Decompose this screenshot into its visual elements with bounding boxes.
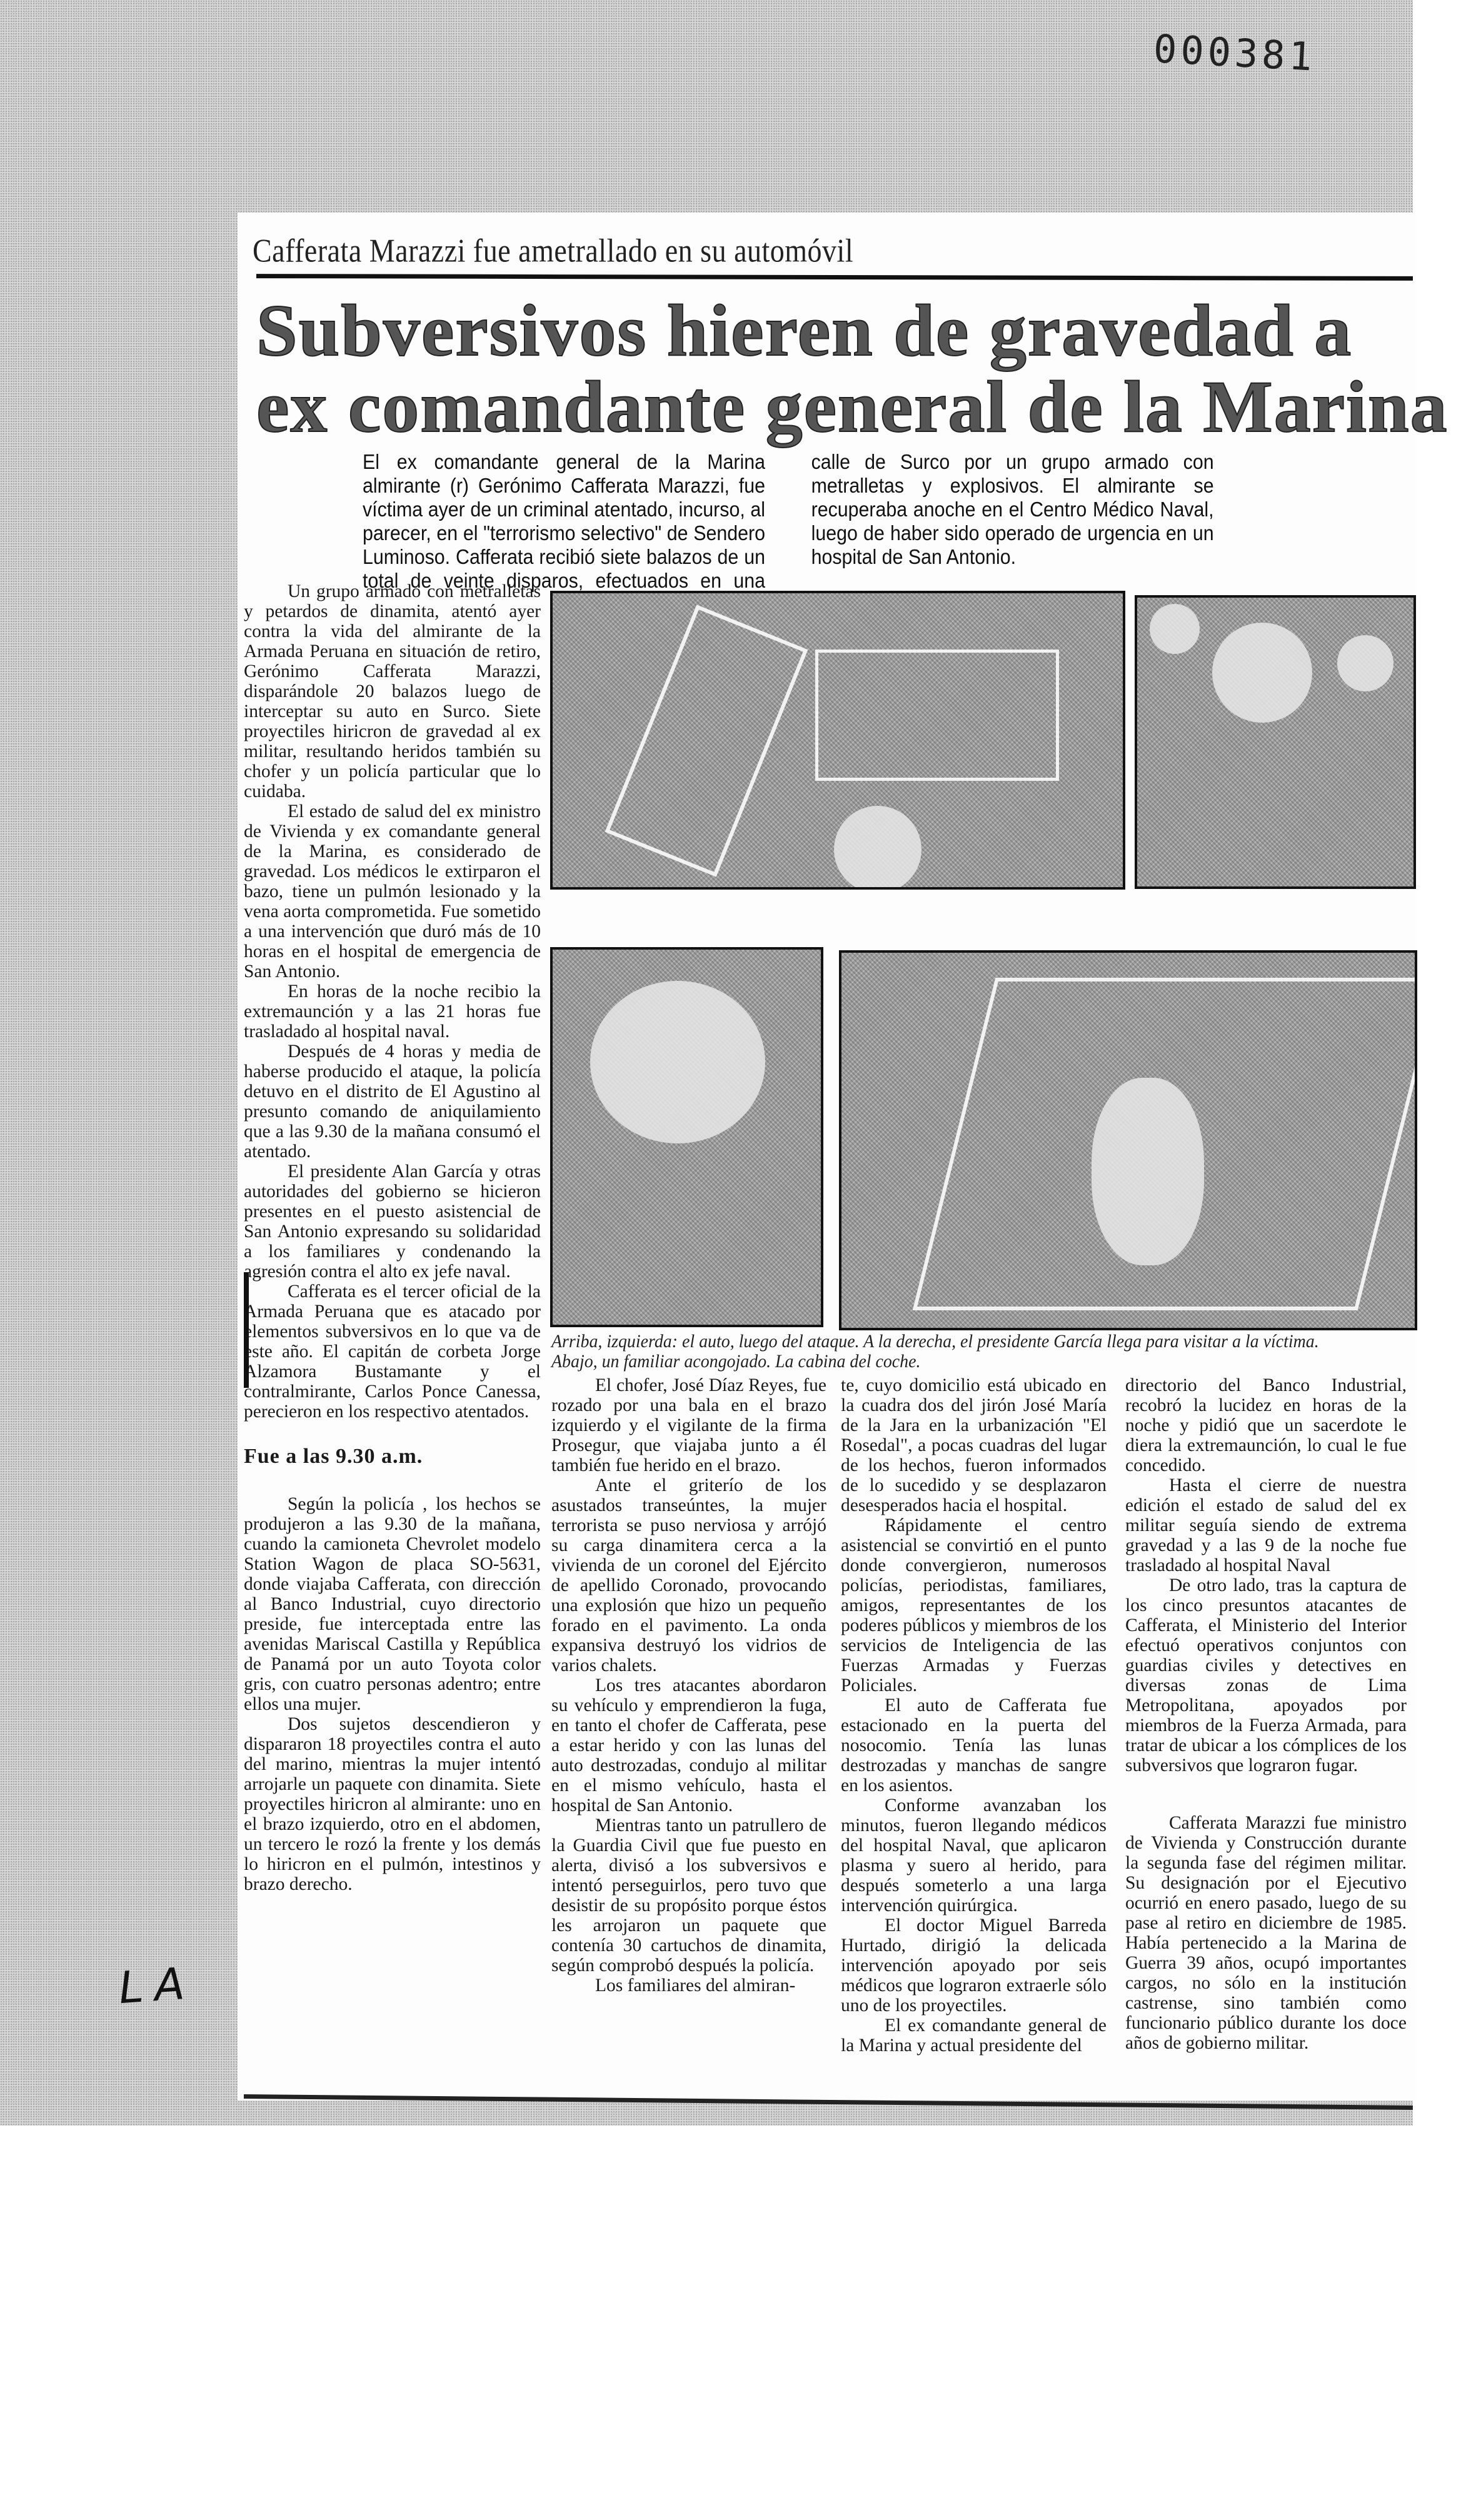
paragraph: El auto de Cafferata fue estacionado en … — [841, 1695, 1107, 1795]
face-shape — [1150, 604, 1200, 654]
paragraph: Dos sujetos descendieron y dispararon 18… — [244, 1714, 541, 1894]
paragraph: Mientras tanto un patrullero de la Guard… — [551, 1815, 826, 1975]
face-shape — [1337, 635, 1393, 691]
photo-car-cabin — [839, 950, 1417, 1330]
headline-line-2: ex comandante general de la Marina — [256, 369, 1419, 445]
photo-caption: Arriba, izquierda: el auto, luego del at… — [551, 1332, 1353, 1372]
subheading: Fue a las 9.30 a.m. — [244, 1447, 541, 1467]
newspaper-clipping: Cafferata Marazzi fue ametrallado en su … — [238, 213, 1416, 2101]
paragraph: En horas de la noche recibio la extremau… — [244, 981, 541, 1042]
article-column-1: Un grupo armado con metralletas y petard… — [244, 581, 541, 1894]
paragraph: Conforme avanzaban los minutos, fueron l… — [841, 1795, 1107, 1915]
paragraph: Cafferata Marazzi fue ministro de Vivien… — [1125, 1813, 1407, 2053]
headline: Subversivos hieren de gravedad a ex coma… — [256, 293, 1419, 445]
paragraph: Rápidamente el centro asistencial se con… — [841, 1515, 1107, 1695]
paragraph: El ex comandante general de la Marina y … — [841, 2015, 1107, 2056]
paragraph: De otro lado, tras la captura de los cin… — [1125, 1575, 1407, 1775]
paragraph: Según la policía , los hechos se produje… — [244, 1494, 541, 1714]
paragraph: Los tres atacantes abordaron su vehículo… — [551, 1675, 826, 1815]
photo-damaged-car — [550, 591, 1125, 890]
paragraph: te, cuyo domicilio está ubicado en la cu… — [841, 1375, 1107, 1515]
archive-stamp-number: 000381 — [1152, 26, 1317, 80]
paragraph: El chofer, José Díaz Reyes, fue rozado p… — [551, 1375, 826, 1475]
margin-mark — [244, 1272, 249, 1388]
paragraph: Después de 4 horas y media de haberse pr… — [244, 1042, 541, 1162]
paragraph: Ante el griterío de los asustados transe… — [551, 1475, 826, 1675]
face-shape — [1212, 623, 1312, 723]
car-door-frame-shape — [605, 605, 808, 876]
head-shape — [834, 806, 921, 890]
paragraph: El presidente Alan García y otras autori… — [244, 1162, 541, 1282]
article-column-4: directorio del Banco Industrial, recobró… — [1125, 1375, 1407, 2053]
steering-wheel-shape — [1092, 1078, 1204, 1265]
headline-line-1: Subversivos hieren de gravedad a — [256, 293, 1419, 369]
kicker: Cafferata Marazzi fue ametrallado en su … — [253, 231, 853, 269]
paragraph: El doctor Miguel Barreda Hurtado, dirigi… — [841, 1915, 1107, 2015]
article-column-2: El chofer, José Díaz Reyes, fue rozado p… — [551, 1375, 826, 1995]
paragraph: Hasta el cierre de nuestra edición el es… — [1125, 1475, 1407, 1575]
car-window-shape — [815, 650, 1059, 781]
photo-grieving-relative — [550, 947, 823, 1327]
top-rule-divider — [256, 274, 1413, 281]
head-shape — [590, 981, 765, 1143]
paragraph: Cafferata es el tercer oficial de la Arm… — [244, 1282, 541, 1422]
paragraph: Un grupo armado con metralletas y petard… — [244, 581, 541, 801]
lede-paragraph: El ex comandante general de la Marina al… — [363, 450, 1214, 593]
paragraph: directorio del Banco Industrial, recobró… — [1125, 1375, 1407, 1475]
photo-president-garcia — [1135, 595, 1416, 889]
paragraph: Los familiares del almiran- — [551, 1975, 826, 1995]
paragraph: El estado de salud del ex ministro de Vi… — [244, 801, 541, 981]
article-column-3: te, cuyo domicilio está ubicado en la cu… — [841, 1375, 1107, 2056]
handwritten-annotation: LA — [117, 1957, 197, 2014]
